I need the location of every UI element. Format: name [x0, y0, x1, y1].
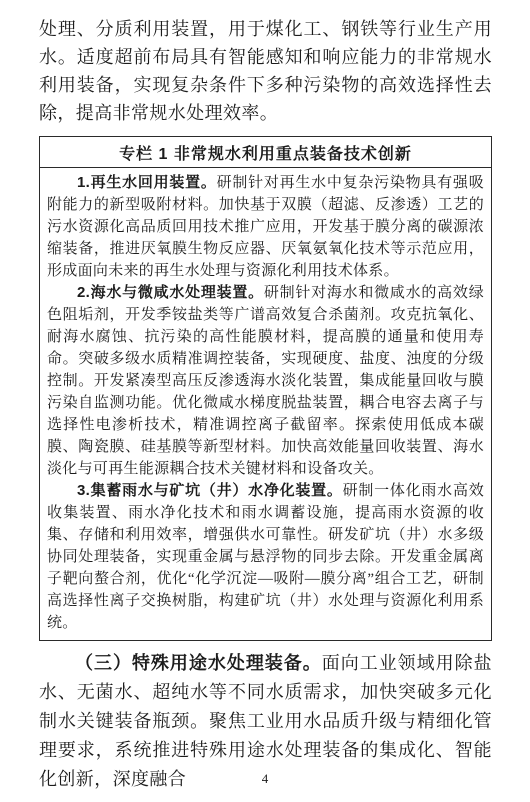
box-section-2: 2.海水与微咸水处理装置。研制针对海水和微咸水的高效绿色阻垢剂，开发季铵盐类等广… [47, 282, 484, 480]
section-three-heading: （三）特殊用途水处理装备。 [75, 653, 322, 673]
box-section-2-text: 研制针对海水和微咸水的高效绿色阻垢剂，开发季铵盐类等广谱高效复合杀菌剂。攻克抗氧… [47, 285, 484, 477]
box-section-3-heading: 3.集蓄雨水与矿坑（井）水净化装置。 [77, 482, 343, 499]
box-section-1-heading: 1.再生水回用装置。 [77, 174, 217, 191]
section-three-text: 面向工业领域用除盐水、无菌水、超纯水等不同水质需求，加快突破多元化制水关键装备瓶… [39, 653, 492, 789]
column-1-box: 专栏 1 非常规水利用重点装备技术创新 1.再生水回用装置。研制针对再生水中复杂… [39, 136, 492, 641]
top-paragraph: 处理、分质利用装置，用于煤化工、钢铁等行业生产用水。适度超前布局具有智能感知和响… [39, 15, 492, 127]
page-number: 4 [0, 771, 530, 787]
box-section-2-heading: 2.海水与微咸水处理装置。 [77, 284, 264, 301]
box-section-3-text: 研制一体化雨水高效收集装置、雨水净化技术和雨水调蓄设施，提高雨水资源的收集、存储… [47, 483, 484, 631]
box-section-1: 1.再生水回用装置。研制针对再生水中复杂污染物具有强吸附能力的新型吸附材料。加快… [47, 172, 484, 282]
column-1-box-title: 专栏 1 非常规水利用重点装备技术创新 [40, 137, 491, 168]
box-section-3: 3.集蓄雨水与矿坑（井）水净化装置。研制一体化雨水高效收集装置、雨水净化技术和雨… [47, 480, 484, 634]
document-page: 处理、分质利用装置，用于煤化工、钢铁等行业生产用水。适度超前布局具有智能感知和响… [0, 0, 530, 802]
column-1-box-body: 1.再生水回用装置。研制针对再生水中复杂污染物具有强吸附能力的新型吸附材料。加快… [40, 168, 491, 640]
